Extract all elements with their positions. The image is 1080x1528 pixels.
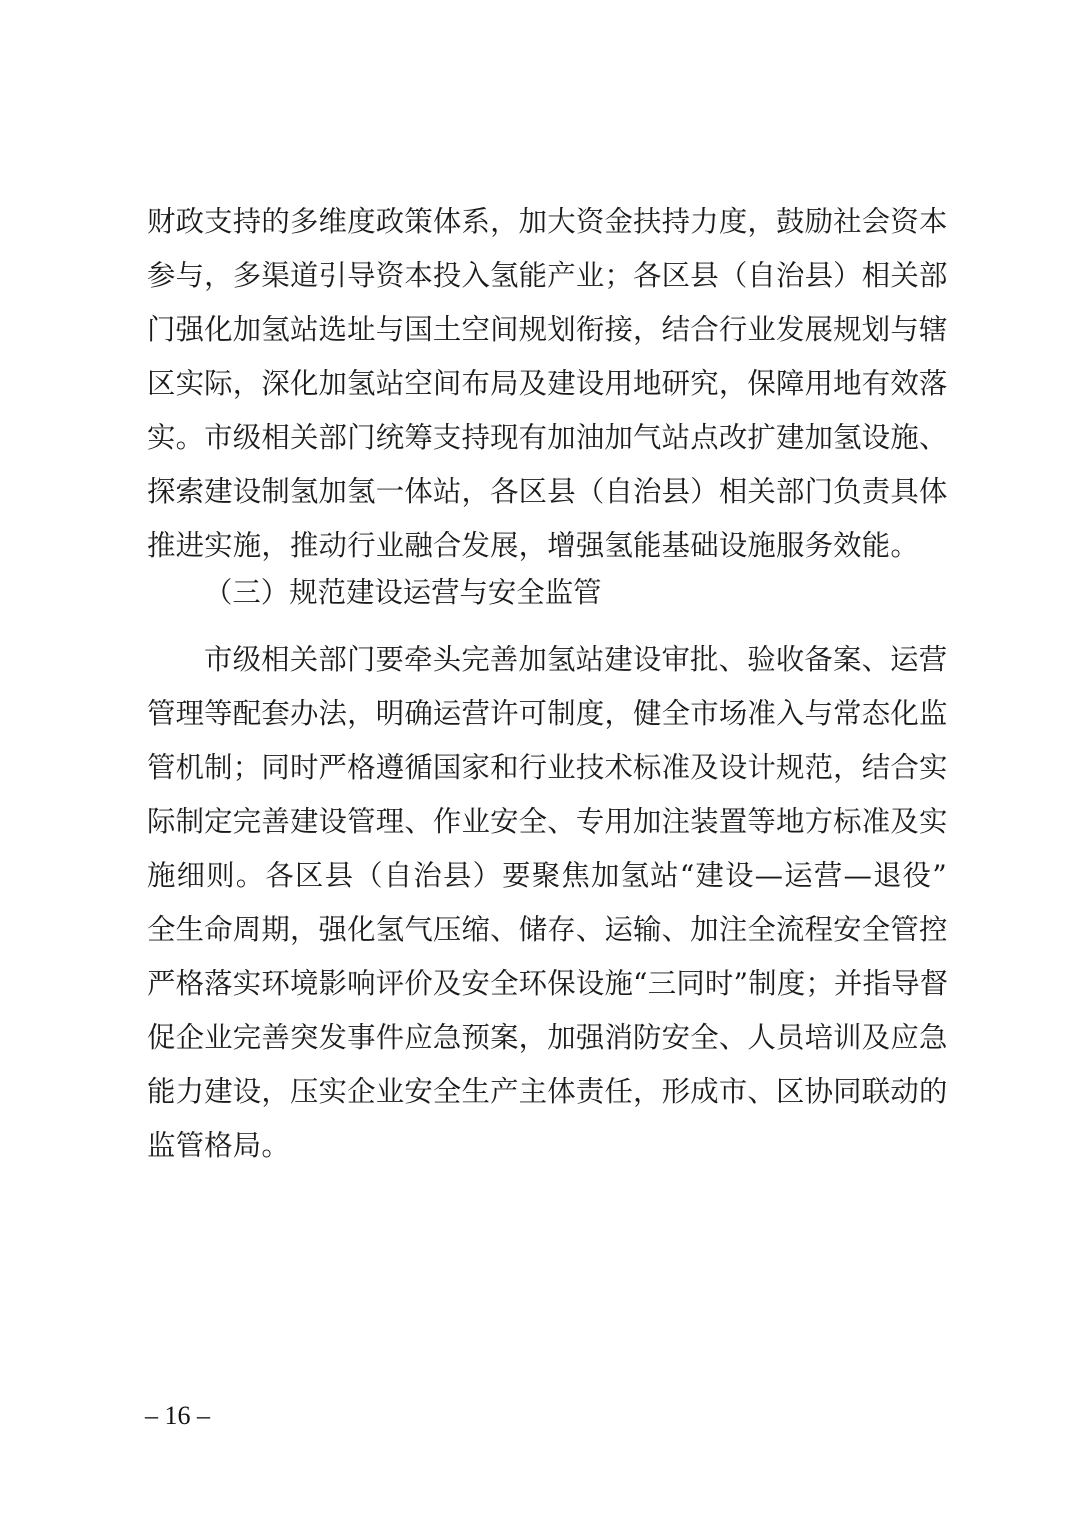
page-number: – 16 – (145, 1396, 210, 1436)
text-line: 财政支持的多维度政策体系，加大资金扶持力度，鼓励社会资本 (147, 195, 947, 249)
text-line: 探索建设制氢加氢一体站，各区县（自治县）相关部门负责具体 (147, 465, 947, 519)
text-line: 全生命周期，强化氢气压缩、储存、运输、加注全流程安全管控， (147, 903, 947, 957)
paragraph-section-3: 市级相关部门要牵头完善加氢站建设审批、验收备案、运营 管理等配套办法，明确运营许… (147, 633, 947, 1173)
text-line: 门强化加氢站选址与国土空间规划衔接，结合行业发展规划与辖 (147, 303, 947, 357)
text-line: 严格落实环境影响评价及安全环保设施“三同时”制度；并指导督 (147, 957, 947, 1011)
text-line: 监管格局。 (147, 1119, 947, 1173)
text-line: 管理等配套办法，明确运营许可制度，健全市场准入与常态化监 (147, 687, 947, 741)
section-heading: （三）规范建设运营与安全监管 (204, 566, 601, 620)
document-page: 财政支持的多维度政策体系，加大资金扶持力度，鼓励社会资本 参与，多渠道引导资本投… (0, 0, 1080, 1528)
text-line: 参与，多渠道引导资本投入氢能产业；各区县（自治县）相关部 (147, 249, 947, 303)
text-line: 推进实施，推动行业融合发展，增强氢能基础设施服务效能。 (147, 519, 947, 573)
text-line: 实。市级相关部门统筹支持现有加油加气站点改扩建加氢设施、 (147, 411, 947, 465)
paragraph-continued: 财政支持的多维度政策体系，加大资金扶持力度，鼓励社会资本 参与，多渠道引导资本投… (147, 195, 947, 573)
text-line: 施细则。各区县（自治县）要聚焦加氢站“建设—运营—退役” (147, 849, 947, 903)
text-line: 区实际，深化加氢站空间布局及建设用地研究，保障用地有效落 (147, 357, 947, 411)
text-line: 管机制；同时严格遵循国家和行业技术标准及设计规范，结合实 (147, 741, 947, 795)
text-line: 际制定完善建设管理、作业安全、专用加注装置等地方标准及实 (147, 795, 947, 849)
text-line: 促企业完善突发事件应急预案，加强消防安全、人员培训及应急 (147, 1011, 947, 1065)
text-line: 市级相关部门要牵头完善加氢站建设审批、验收备案、运营 (147, 633, 947, 687)
text-line: 能力建设，压实企业安全生产主体责任，形成市、区协同联动的 (147, 1065, 947, 1119)
